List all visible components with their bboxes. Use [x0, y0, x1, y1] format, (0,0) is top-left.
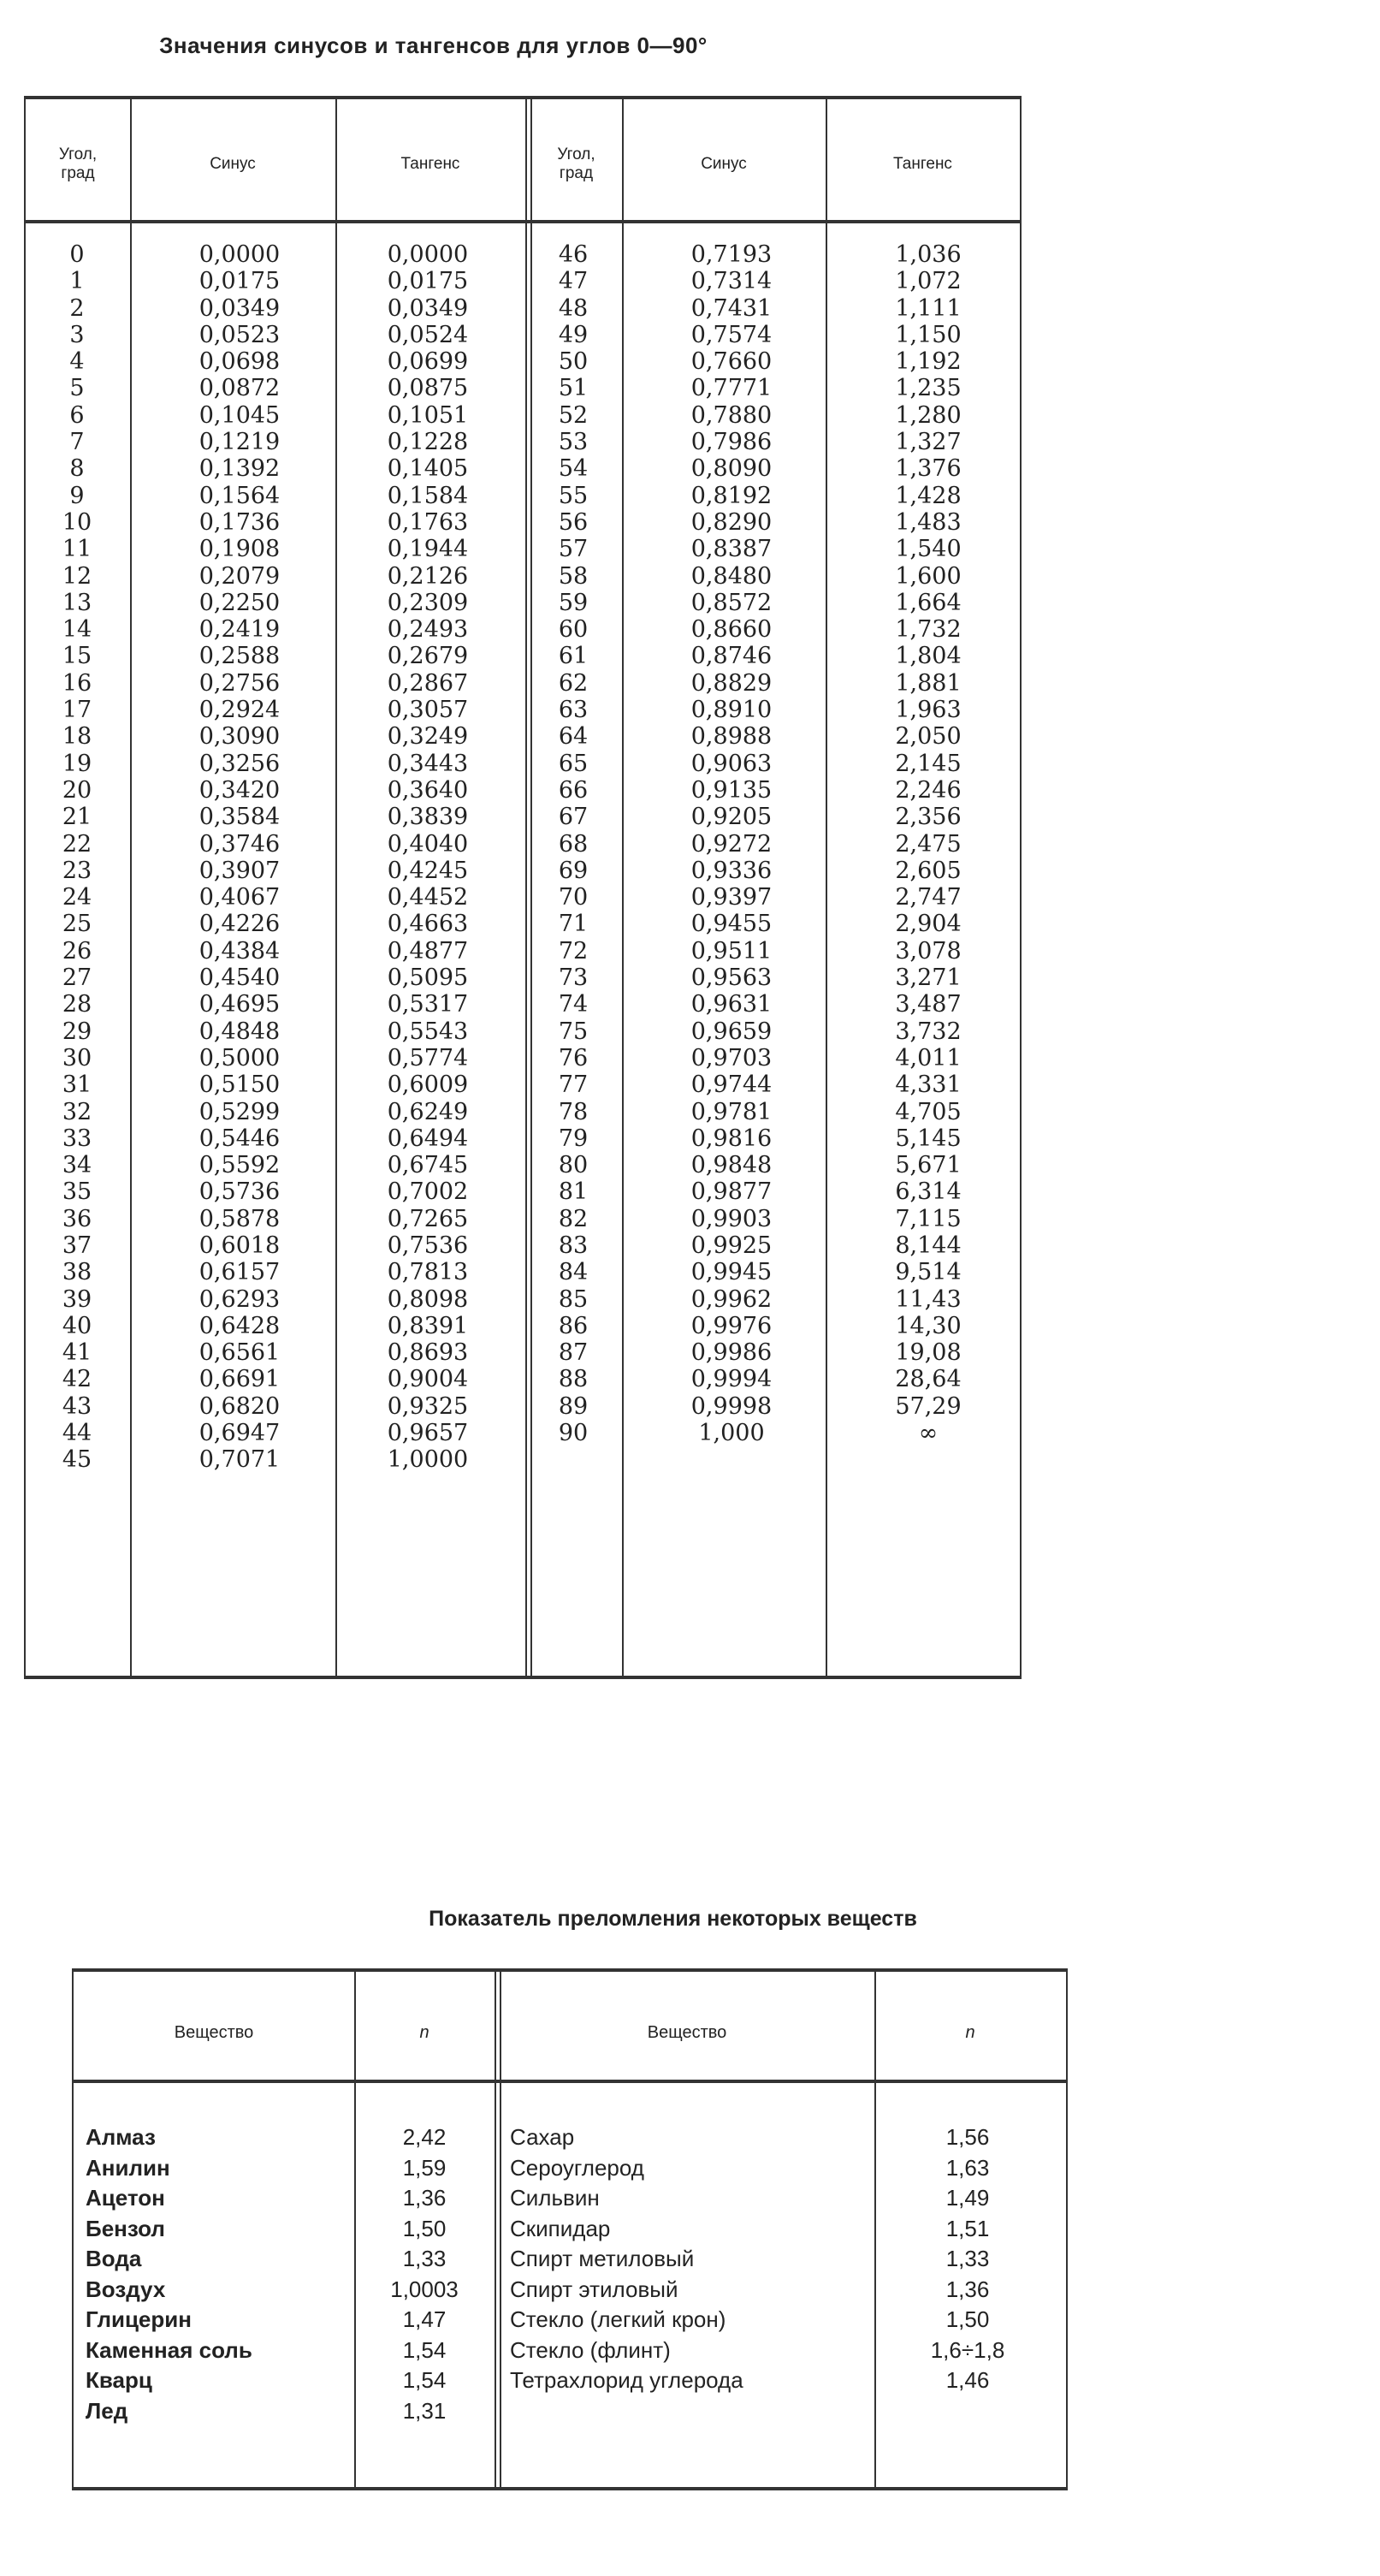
- table-cell: 38: [43, 1259, 111, 1285]
- table-cell: 53: [543, 429, 603, 455]
- table-cell: 27: [43, 965, 111, 991]
- table-cell: 0,9703: [663, 1045, 800, 1071]
- table-cell: 0,1944: [359, 536, 496, 562]
- table-cell: 60: [543, 616, 603, 643]
- table-cell: 0,1763: [359, 509, 496, 536]
- table-cell: 17: [43, 697, 111, 723]
- table-cell: 49: [543, 322, 603, 348]
- table-cell: ∞: [860, 1420, 997, 1446]
- table-cell: 0,7536: [359, 1232, 496, 1259]
- table-cell: 0,8910: [663, 697, 800, 723]
- table-cell: 0,8480: [663, 563, 800, 590]
- table-cell: 0,3443: [359, 751, 496, 777]
- table-cell: 0,1564: [171, 483, 308, 509]
- column-substance-left: АлмазАнилинАцетонБензолВодаВоздухГлицери…: [86, 2122, 342, 2426]
- table-cell: 35: [43, 1178, 111, 1205]
- table-cell: 0,1045: [171, 402, 308, 429]
- table-cell: 0,7314: [663, 268, 800, 294]
- table-cell: 5: [43, 375, 111, 401]
- table-cell: 1,6÷1,8: [878, 2336, 1057, 2366]
- table-cell: 23: [43, 858, 111, 884]
- table-cell: 0,1392: [171, 455, 308, 482]
- table-cell: 3: [43, 322, 111, 348]
- table-cell: 1,600: [860, 563, 997, 590]
- table-cell: 2,050: [860, 723, 997, 750]
- table-cell: 0,9976: [663, 1313, 800, 1339]
- table-cell: 14,30: [860, 1313, 997, 1339]
- table-cell: 74: [543, 991, 603, 1018]
- table-cell: 89: [543, 1393, 603, 1420]
- table-cell: 1,000: [663, 1420, 800, 1446]
- table-cell: 0,2419: [171, 616, 308, 643]
- header-angle-right: Угол, град: [530, 122, 622, 207]
- table-cell: 0,8988: [663, 723, 800, 750]
- table-cell: 0,1228: [359, 429, 496, 455]
- table-cell: 79: [543, 1125, 603, 1152]
- table-cell: 0,6494: [359, 1125, 496, 1152]
- table-cell: 0,6947: [171, 1420, 308, 1446]
- table-cell: 32: [43, 1099, 111, 1125]
- table-cell: 7,115: [860, 1206, 997, 1232]
- table-cell: Сероуглерод: [510, 2153, 869, 2184]
- table-cell: 0,9336: [663, 858, 800, 884]
- table-cell: 0,2309: [359, 590, 496, 616]
- table-cell: 4,705: [860, 1099, 997, 1125]
- header-tan-left: Тангенс: [335, 122, 525, 207]
- table-cell: 10: [43, 509, 111, 536]
- table-cell: 86: [543, 1313, 603, 1339]
- table-cell: 73: [543, 965, 603, 991]
- table-cell: 1,33: [878, 2244, 1057, 2275]
- table-cell: 0,5095: [359, 965, 496, 991]
- table-cell: 1: [43, 268, 111, 294]
- table-cell: 28,64: [860, 1366, 997, 1392]
- table-cell: 0,8290: [663, 509, 800, 536]
- table-cell: 0,8090: [663, 455, 800, 482]
- table-cell: 1,54: [356, 2336, 493, 2366]
- table-cell: Сильвин: [510, 2183, 869, 2214]
- column-angle-left: 0123456789101112131415161718192021222324…: [43, 241, 111, 1474]
- table-cell: 3,487: [860, 991, 997, 1018]
- table-cell: 0,5592: [171, 1152, 308, 1178]
- table-cell: 13: [43, 590, 111, 616]
- table-cell: Анилин: [86, 2153, 342, 2184]
- table-cell: 56: [543, 509, 603, 536]
- table-cell: Стекло (легкий крон): [510, 2305, 869, 2336]
- table-cell: 0,3057: [359, 697, 496, 723]
- table-cell: 0,1736: [171, 509, 308, 536]
- table-cell: 0,0175: [359, 268, 496, 294]
- table-cell: 2,605: [860, 858, 997, 884]
- table-cell: 0,0698: [171, 348, 308, 375]
- table-cell: 0,4384: [171, 938, 308, 965]
- table-cell: 1,50: [878, 2305, 1057, 2336]
- table2-title: Показатель преломления некоторых веществ: [0, 1907, 1363, 1932]
- table-cell: 0,0524: [359, 322, 496, 348]
- header-tan-right: Тангенс: [826, 122, 1020, 207]
- table-cell: 0,9816: [663, 1125, 800, 1152]
- table-cell: 62: [543, 670, 603, 697]
- table-cell: 0,1405: [359, 455, 496, 482]
- table-cell: 0,4067: [171, 884, 308, 911]
- table-cell: 0,7986: [663, 429, 800, 455]
- table-cell: 0,0000: [359, 241, 496, 268]
- table-cell: 1,47: [356, 2305, 493, 2336]
- table-cell: 0,7574: [663, 322, 800, 348]
- table-cell: Ацетон: [86, 2183, 342, 2214]
- table-cell: 24: [43, 884, 111, 911]
- table-cell: 0,6157: [171, 1259, 308, 1285]
- table-cell: 0,5774: [359, 1045, 496, 1071]
- table-cell: 1,36: [878, 2275, 1057, 2306]
- table-cell: 0,5446: [171, 1125, 308, 1152]
- table-cell: 1,0003: [356, 2275, 493, 2306]
- table-cell: 61: [543, 643, 603, 669]
- table-cell: 29: [43, 1018, 111, 1045]
- table-cell: 66: [543, 777, 603, 804]
- table-cell: 39: [43, 1286, 111, 1313]
- table-cell: 0,9744: [663, 1071, 800, 1098]
- table-cell: 57: [543, 536, 603, 562]
- table-cell: 26: [43, 938, 111, 965]
- table-cell: Скипидар: [510, 2214, 869, 2245]
- table-cell: 0,9631: [663, 991, 800, 1018]
- table-cell: 0,6249: [359, 1099, 496, 1125]
- table-cell: 2: [43, 295, 111, 322]
- table-cell: 0,5299: [171, 1099, 308, 1125]
- table-cell: 57,29: [860, 1393, 997, 1420]
- table-cell: Стекло (флинт): [510, 2336, 869, 2366]
- table-cell: 0,9205: [663, 804, 800, 830]
- table-cell: 12: [43, 563, 111, 590]
- column-sin-right: 0,71930,73140,74310,75740,76600,77710,78…: [663, 241, 800, 1446]
- table-cell: 6,314: [860, 1178, 997, 1205]
- table-cell: Тетрахлорид углерода: [510, 2365, 869, 2396]
- table-cell: 0,9659: [663, 1018, 800, 1045]
- table-cell: 2,356: [860, 804, 997, 830]
- table-cell: 0,9903: [663, 1206, 800, 1232]
- table-cell: 0,8098: [359, 1286, 496, 1313]
- table-cell: 1,327: [860, 429, 997, 455]
- table-cell: Сахар: [510, 2122, 869, 2153]
- table-cell: 0,0875: [359, 375, 496, 401]
- table-cell: 0,3420: [171, 777, 308, 804]
- table-cell: 0,3839: [359, 804, 496, 830]
- table-cell: 55: [543, 483, 603, 509]
- table1-title: Значения синусов и тангенсов для углов 0…: [0, 33, 1123, 59]
- table-cell: 0,9998: [663, 1393, 800, 1420]
- table-cell: 0,6009: [359, 1071, 496, 1098]
- table-cell: 0,6745: [359, 1152, 496, 1178]
- table-cell: Бензол: [86, 2214, 342, 2245]
- table-cell: 0,9004: [359, 1366, 496, 1392]
- table-cell: 0,2756: [171, 670, 308, 697]
- table-cell: 69: [543, 858, 603, 884]
- table-cell: 0,4877: [359, 938, 496, 965]
- table-cell: Спирт этиловый: [510, 2275, 869, 2306]
- table-cell: Кварц: [86, 2365, 342, 2396]
- table-cell: 8: [43, 455, 111, 482]
- table-cell: 0,5878: [171, 1206, 308, 1232]
- column-n-right: 1,561,631,491,511,331,361,501,6÷1,81,46: [878, 2122, 1057, 2396]
- table-cell: 0,8192: [663, 483, 800, 509]
- table-cell: 1,540: [860, 536, 997, 562]
- table-cell: 0,9135: [663, 777, 800, 804]
- table-cell: 85: [543, 1286, 603, 1313]
- table-cell: 0,4245: [359, 858, 496, 884]
- table-cell: 0,8693: [359, 1339, 496, 1366]
- column-angle-right: 4647484950515253545556575859606162636465…: [543, 241, 603, 1446]
- table-cell: 11: [43, 536, 111, 562]
- table-cell: 0,6561: [171, 1339, 308, 1366]
- column-tan-left: 0,00000,01750,03490,05240,06990,08750,10…: [359, 241, 496, 1474]
- table-cell: 0,8829: [663, 670, 800, 697]
- table-cell: 33: [43, 1125, 111, 1152]
- table-cell: 0,7002: [359, 1178, 496, 1205]
- table-cell: 1,804: [860, 643, 997, 669]
- table-cell: 1,732: [860, 616, 997, 643]
- table-cell: 1,428: [860, 483, 997, 509]
- table-cell: 0,7771: [663, 375, 800, 401]
- table-cell: 0,7813: [359, 1259, 496, 1285]
- table-cell: 11,43: [860, 1286, 997, 1313]
- table-cell: 1,072: [860, 268, 997, 294]
- table-cell: 1,0000: [359, 1446, 496, 1473]
- table-cell: 48: [543, 295, 603, 322]
- table-cell: 0,9848: [663, 1152, 800, 1178]
- table-cell: 45: [43, 1446, 111, 1473]
- table-cell: 1,036: [860, 241, 997, 268]
- table-cell: 0,4695: [171, 991, 308, 1018]
- table-cell: 0,6820: [171, 1393, 308, 1420]
- table-cell: 0,5150: [171, 1071, 308, 1098]
- table-cell: 0,8746: [663, 643, 800, 669]
- table-cell: 77: [543, 1071, 603, 1098]
- table-cell: 0,0523: [171, 322, 308, 348]
- table-cell: 31: [43, 1071, 111, 1098]
- table-cell: 0,2924: [171, 697, 308, 723]
- table-cell: 0,9325: [359, 1393, 496, 1420]
- table-cell: 0: [43, 241, 111, 268]
- table-cell: 0,9877: [663, 1178, 800, 1205]
- column-n-left: 2,421,591,361,501,331,00031,471,541,541,…: [356, 2122, 493, 2426]
- table-cell: 9,514: [860, 1259, 997, 1285]
- sin-tan-table: Угол, град Синус Тангенс Угол, град Сину…: [24, 96, 1022, 1679]
- table-cell: 0,3584: [171, 804, 308, 830]
- table-cell: 1,56: [878, 2122, 1057, 2153]
- table-cell: 1,31: [356, 2396, 493, 2427]
- table-cell: 1,150: [860, 322, 997, 348]
- table-cell: 0,7193: [663, 241, 800, 268]
- table-cell: 19: [43, 751, 111, 777]
- table-cell: 0,9563: [663, 965, 800, 991]
- table-cell: 7: [43, 429, 111, 455]
- table-cell: 68: [543, 831, 603, 858]
- table-cell: 36: [43, 1206, 111, 1232]
- header-angle-left: Угол, град: [26, 122, 130, 207]
- table-cell: 21: [43, 804, 111, 830]
- header-substance-right: Вещество: [500, 1985, 874, 2080]
- table-cell: 4,011: [860, 1045, 997, 1071]
- table-cell: 83: [543, 1232, 603, 1259]
- column-tan-right: 1,0361,0721,1111,1501,1921,2351,2801,327…: [860, 241, 997, 1446]
- table-cell: 42: [43, 1366, 111, 1392]
- table-cell: 2,246: [860, 777, 997, 804]
- table-cell: 1,376: [860, 455, 997, 482]
- table-cell: 2,475: [860, 831, 997, 858]
- table-cell: 0,2588: [171, 643, 308, 669]
- table-cell: 41: [43, 1339, 111, 1366]
- table-cell: 88: [543, 1366, 603, 1392]
- table-cell: 3,271: [860, 965, 997, 991]
- table-cell: 0,2679: [359, 643, 496, 669]
- table-cell: 87: [543, 1339, 603, 1366]
- header-sin-right: Синус: [622, 122, 826, 207]
- table-cell: 2,42: [356, 2122, 493, 2153]
- table-cell: 0,1051: [359, 402, 496, 429]
- table-cell: 30: [43, 1045, 111, 1071]
- table-cell: 0,7431: [663, 295, 800, 322]
- table-cell: 16: [43, 670, 111, 697]
- table-cell: 9: [43, 483, 111, 509]
- table-cell: 8,144: [860, 1232, 997, 1259]
- table-cell: 0,8387: [663, 536, 800, 562]
- table-cell: 0,9397: [663, 884, 800, 911]
- table-cell: 0,9962: [663, 1286, 800, 1313]
- header-substance-left: Вещество: [74, 1985, 354, 2080]
- table-cell: 0,8391: [359, 1313, 496, 1339]
- table-cell: 0,3907: [171, 858, 308, 884]
- table-cell: 0,2126: [359, 563, 496, 590]
- table-cell: 84: [543, 1259, 603, 1285]
- table-cell: 0,9272: [663, 831, 800, 858]
- header-sin-left: Синус: [130, 122, 335, 207]
- table-cell: 0,7265: [359, 1206, 496, 1232]
- table-cell: 70: [543, 884, 603, 911]
- table-cell: 1,111: [860, 295, 997, 322]
- table-cell: 0,0872: [171, 375, 308, 401]
- table-cell: 1,33: [356, 2244, 493, 2275]
- table-cell: 67: [543, 804, 603, 830]
- table-cell: 0,0349: [171, 295, 308, 322]
- table-cell: 20: [43, 777, 111, 804]
- table-cell: 0,5000: [171, 1045, 308, 1071]
- table-cell: 0,3746: [171, 831, 308, 858]
- table-cell: 65: [543, 751, 603, 777]
- table-cell: 43: [43, 1393, 111, 1420]
- table-cell: 71: [543, 911, 603, 937]
- table-cell: 0,1219: [171, 429, 308, 455]
- table-cell: 22: [43, 831, 111, 858]
- table-cell: 25: [43, 911, 111, 937]
- table-cell: 52: [543, 402, 603, 429]
- table-cell: 0,0349: [359, 295, 496, 322]
- table-cell: 1,664: [860, 590, 997, 616]
- table-cell: 40: [43, 1313, 111, 1339]
- table-cell: 5,145: [860, 1125, 997, 1152]
- table-cell: 58: [543, 563, 603, 590]
- table-cell: 0,0000: [171, 241, 308, 268]
- table-cell: 0,3090: [171, 723, 308, 750]
- table-cell: 1,54: [356, 2365, 493, 2396]
- column-substance-right: СахарСероуглеродСильвинСкипидарСпирт мет…: [510, 2122, 869, 2396]
- table-cell: 0,9994: [663, 1366, 800, 1392]
- table-cell: 14: [43, 616, 111, 643]
- table-cell: 2,904: [860, 911, 997, 937]
- table-cell: 4: [43, 348, 111, 375]
- table-cell: 90: [543, 1420, 603, 1446]
- table-cell: 0,3640: [359, 777, 496, 804]
- table-cell: 0,6428: [171, 1313, 308, 1339]
- table-cell: 1,483: [860, 509, 997, 536]
- table-cell: 0,4040: [359, 831, 496, 858]
- table-cell: 1,59: [356, 2153, 493, 2184]
- table-cell: 0,4663: [359, 911, 496, 937]
- table-cell: 75: [543, 1018, 603, 1045]
- table-cell: 1,280: [860, 402, 997, 429]
- table-cell: 78: [543, 1099, 603, 1125]
- table-cell: 0,7660: [663, 348, 800, 375]
- table-cell: 0,6293: [171, 1286, 308, 1313]
- header-n-left: n: [354, 1985, 495, 2080]
- table-cell: 63: [543, 697, 603, 723]
- table-cell: Алмаз: [86, 2122, 342, 2153]
- table-cell: 0,9511: [663, 938, 800, 965]
- table-cell: 0,9925: [663, 1232, 800, 1259]
- table-cell: Вода: [86, 2244, 342, 2275]
- table-cell: 34: [43, 1152, 111, 1178]
- table-cell: 2,145: [860, 751, 997, 777]
- table-cell: 3,732: [860, 1018, 997, 1045]
- table-cell: Каменная соль: [86, 2336, 342, 2366]
- table-cell: 76: [543, 1045, 603, 1071]
- table-cell: 0,3256: [171, 751, 308, 777]
- table-cell: 81: [543, 1178, 603, 1205]
- table-cell: 82: [543, 1206, 603, 1232]
- table-cell: 0,7880: [663, 402, 800, 429]
- header-n-right: n: [874, 1985, 1066, 2080]
- table-cell: 1,235: [860, 375, 997, 401]
- table-cell: 0,1584: [359, 483, 496, 509]
- table-cell: 0,0175: [171, 268, 308, 294]
- table-cell: 0,9063: [663, 751, 800, 777]
- table-cell: 0,9657: [359, 1420, 496, 1446]
- table-cell: 0,2079: [171, 563, 308, 590]
- table-cell: Воздух: [86, 2275, 342, 2306]
- table-cell: 1,51: [878, 2214, 1057, 2245]
- table-cell: 4,331: [860, 1071, 997, 1098]
- table-cell: 15: [43, 643, 111, 669]
- table-cell: 1,881: [860, 670, 997, 697]
- table-cell: 0,2867: [359, 670, 496, 697]
- table-cell: 44: [43, 1420, 111, 1446]
- table-cell: 0,5317: [359, 991, 496, 1018]
- table-cell: 0,9455: [663, 911, 800, 937]
- refraction-table: Вещество n Вещество n АлмазАнилинАцетонБ…: [72, 1968, 1068, 2490]
- table-cell: 51: [543, 375, 603, 401]
- table-cell: Спирт метиловый: [510, 2244, 869, 2275]
- table-cell: 0,1908: [171, 536, 308, 562]
- table-cell: 1,36: [356, 2183, 493, 2214]
- table-cell: 80: [543, 1152, 603, 1178]
- table-cell: 18: [43, 723, 111, 750]
- table-cell: 0,3249: [359, 723, 496, 750]
- table-cell: 28: [43, 991, 111, 1018]
- table-cell: 0,4540: [171, 965, 308, 991]
- table-cell: 0,2493: [359, 616, 496, 643]
- table-cell: 0,9945: [663, 1259, 800, 1285]
- table-cell: 1,963: [860, 697, 997, 723]
